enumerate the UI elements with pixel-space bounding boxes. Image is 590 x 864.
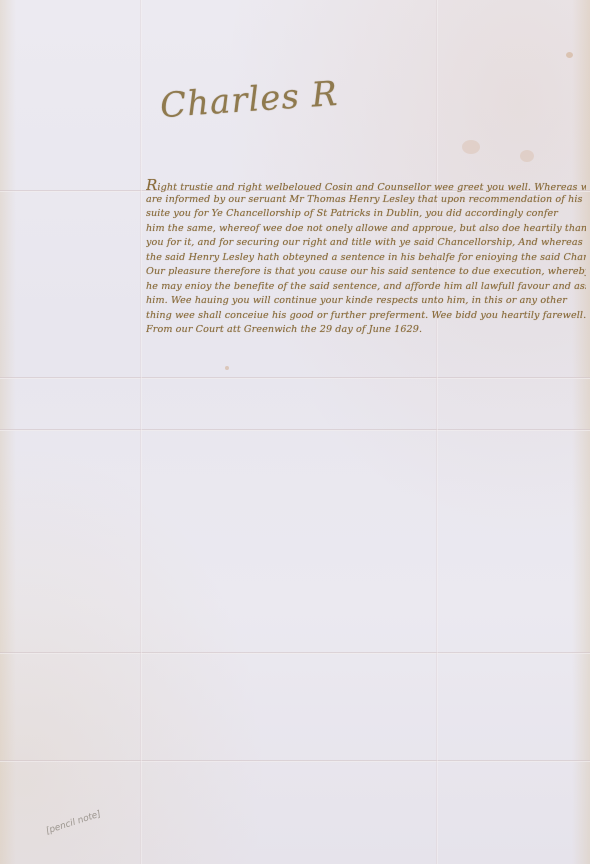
fold-crease-horizontal xyxy=(0,760,590,762)
letter-line: you for it, and for securing our right a… xyxy=(146,236,586,251)
letter-line: the said Henry Lesley hath obteyned a se… xyxy=(146,251,586,266)
letter-line: Our pleasure therefore is that you cause… xyxy=(146,265,586,280)
letter-line: suite you for Ye Chancellorship of St Pa… xyxy=(146,207,586,222)
letter-line: Right trustie and right welbeloued Cosin… xyxy=(146,178,586,193)
fold-crease-vertical xyxy=(140,0,142,864)
foxing-spot xyxy=(462,140,480,154)
letter-date-line: From our Court att Greenwich the 29 day … xyxy=(146,323,586,338)
letter-line: him. Wee hauing you will continue your k… xyxy=(146,294,586,309)
letter-body: Right trustie and right welbeloued Cosin… xyxy=(146,178,586,338)
letter-line: him the same, whereof wee doe not onely … xyxy=(146,222,586,237)
letter-line: thing wee shall conceiue his good or fur… xyxy=(146,309,586,324)
fold-crease-horizontal xyxy=(0,429,590,431)
foxing-spot xyxy=(225,366,229,370)
archival-pencil-note: [pencil note] xyxy=(45,809,102,836)
letter-line: are informed by our seruant Mr Thomas He… xyxy=(146,193,586,208)
fold-crease-horizontal xyxy=(0,377,590,379)
letter-line: he may enioy the benefite of the said se… xyxy=(146,280,586,295)
foxing-spot xyxy=(520,150,534,162)
fold-crease-vertical xyxy=(436,0,438,864)
foxing-spot xyxy=(566,52,573,58)
fold-crease-horizontal xyxy=(0,652,590,654)
manuscript-page: Charles R Right trustie and right welbel… xyxy=(0,0,590,864)
royal-signature: Charles R xyxy=(159,74,340,126)
